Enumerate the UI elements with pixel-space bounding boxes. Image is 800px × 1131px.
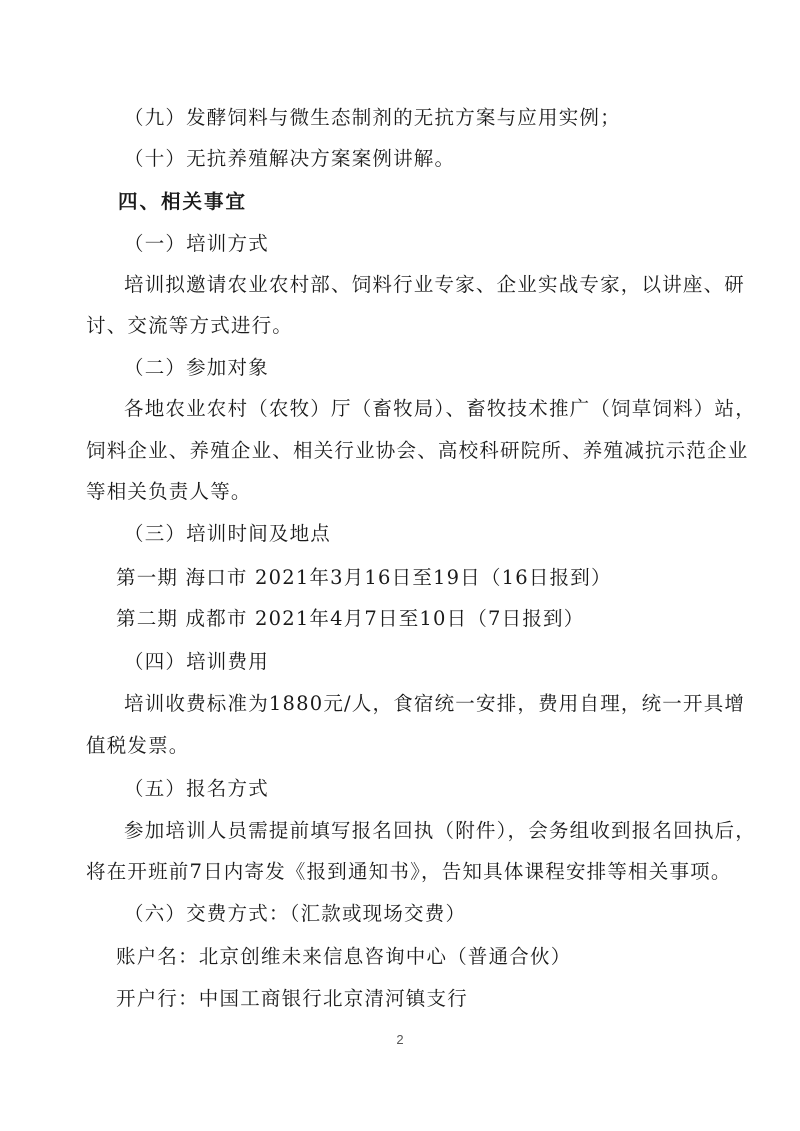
page-number: 2 — [0, 1032, 800, 1047]
paragraph-line: 各地农业农村（农牧）厅（畜牧局）、畜牧技术推广（饲草饲料）站， — [124, 397, 718, 421]
document-page: （九）发酵饲料与微生态制剂的无抗方案与应用实例； （十）无抗养殖解决方案案例讲解… — [0, 0, 800, 1131]
subheading-payment: （六）交费方式：（汇款或现场交费） — [124, 902, 756, 926]
paragraph-line: 培训收费标准为1880元/人，食宿统一安排，费用自理，统一开具增 — [124, 692, 718, 716]
list-item-10: （十）无抗养殖解决方案案例讲解。 — [124, 147, 756, 171]
subheading-training-method: （一）培训方式 — [124, 232, 756, 256]
paragraph-line: 将在开班前7日内寄发《报到通知书》，告知具体课程安排等相关事项。 — [86, 860, 718, 884]
section-heading: 四、相关事宜 — [118, 190, 750, 214]
paragraph-line: 参加培训人员需提前填写报名回执（附件），会务组收到报名回执后， — [124, 819, 718, 843]
subheading-time-location: （三）培训时间及地点 — [124, 522, 756, 546]
account-bank: 开户行：中国工商银行北京清河镇支行 — [116, 987, 748, 1011]
subheading-registration: （五）报名方式 — [124, 777, 756, 801]
schedule-session-1: 第一期 海口市 2021年3月16日至19日（16日报到） — [116, 566, 748, 590]
schedule-session-2: 第二期 成都市 2021年4月7日至10日（7日报到） — [116, 607, 748, 631]
subheading-fees: （四）培训费用 — [124, 650, 756, 674]
list-item-9: （九）发酵饲料与微生态制剂的无抗方案与应用实例； — [124, 106, 756, 130]
paragraph-line: 值税发票。 — [86, 734, 718, 758]
paragraph-line: 等相关负责人等。 — [86, 480, 718, 504]
subheading-participants: （二）参加对象 — [124, 356, 756, 380]
paragraph-line: 培训拟邀请农业农村部、饲料行业专家、企业实战专家，以讲座、研 — [124, 273, 718, 297]
paragraph-line: 饲料企业、养殖企业、相关行业协会、高校科研院所、养殖减抗示范企业 — [86, 439, 718, 463]
paragraph-line: 讨、交流等方式进行。 — [86, 314, 718, 338]
account-name: 账户名：北京创维未来信息咨询中心（普通合伙） — [116, 945, 748, 969]
